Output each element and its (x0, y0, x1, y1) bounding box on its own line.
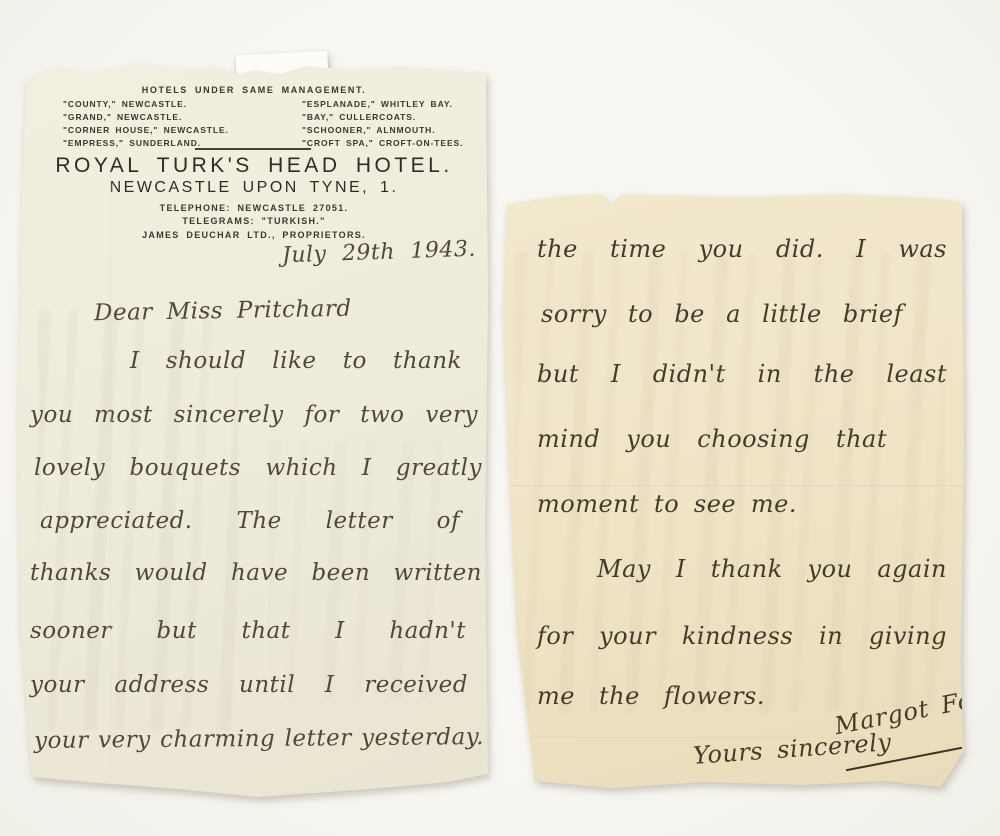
handwritten-line: but I didn't in the least (537, 360, 947, 388)
letterhead-hotels-right-column: "ESPLANADE," WHITLEY BAY. "BAY," CULLERC… (302, 98, 463, 150)
hotel-name: ROYAL TURK'S HEAD HOTEL. (18, 154, 490, 178)
hotel-list-item: "GRAND," NEWCASTLE. (63, 111, 229, 124)
handwritten-line: sooner but that I hadn't (30, 618, 466, 644)
handwritten-date: July 29th 1943. (282, 237, 477, 269)
handwritten-line: me the flowers. (537, 682, 765, 710)
letter-page-2-wrap: the time you did. I was sorry to be a li… (503, 192, 965, 790)
hotel-list-item: "CORNER HOUSE," NEWCASTLE. (63, 124, 229, 137)
letterhead-telegrams: TELEGRAMS: "TURKISH." (18, 216, 490, 226)
handwritten-line: the time you did. I was (537, 235, 947, 263)
hotel-city: NEWCASTLE UPON TYNE, 1. (18, 179, 490, 197)
handwritten-line: sorry to be a little brief (541, 300, 903, 328)
handwritten-line: I should like to thank (130, 348, 462, 374)
handwritten-line: mind you choosing that (537, 425, 887, 453)
signature: Margot Fonteyn (832, 672, 1000, 740)
handwritten-line: thanks would have been written (30, 560, 482, 586)
handwritten-line: lovely bouquets which I greatly (34, 455, 482, 481)
fold-crease (503, 485, 965, 487)
handwritten-line: May I thank you again (597, 555, 947, 583)
handwritten-line: moment to see me. (537, 490, 797, 518)
letter-page-1-wrap: HOTELS UNDER SAME MANAGEMENT. "COUNTY," … (18, 60, 490, 802)
letterhead-management-line: HOTELS UNDER SAME MANAGEMENT. (18, 85, 490, 95)
hotel-list-item: "BAY," CULLERCOATS. (302, 111, 463, 124)
handwritten-line: your address until I received (30, 672, 468, 698)
fold-crease (503, 737, 965, 739)
salutation: Dear Miss Pritchard (94, 296, 352, 326)
fold-crease (110, 170, 112, 772)
letterhead-divider (195, 148, 311, 150)
handwritten-line: you most sincerely for two very (30, 402, 478, 428)
handwritten-line: your very charming letter yesterday. (34, 724, 484, 754)
letterhead-hotels-left-column: "COUNTY," NEWCASTLE. "GRAND," NEWCASTLE.… (63, 98, 229, 150)
handwritten-line: for your kindness in giving (537, 622, 947, 650)
letter-page-1: HOTELS UNDER SAME MANAGEMENT. "COUNTY," … (18, 60, 490, 802)
letterhead-telephone: TELEPHONE: NEWCASTLE 27051. (18, 203, 490, 213)
hotel-list-item: "SCHOONER," ALNMOUTH. (302, 124, 463, 137)
letter-page-2: the time you did. I was sorry to be a li… (503, 192, 965, 790)
hotel-list-item: "ESPLANADE," WHITLEY BAY. (302, 98, 463, 111)
hotel-list-item: "COUNTY," NEWCASTLE. (63, 98, 229, 111)
handwritten-line: appreciated. The letter of (40, 508, 460, 534)
hotel-list-item: "CROFT SPA," CROFT-ON-TEES. (302, 137, 463, 150)
photo-scene: HOTELS UNDER SAME MANAGEMENT. "COUNTY," … (0, 0, 1000, 836)
